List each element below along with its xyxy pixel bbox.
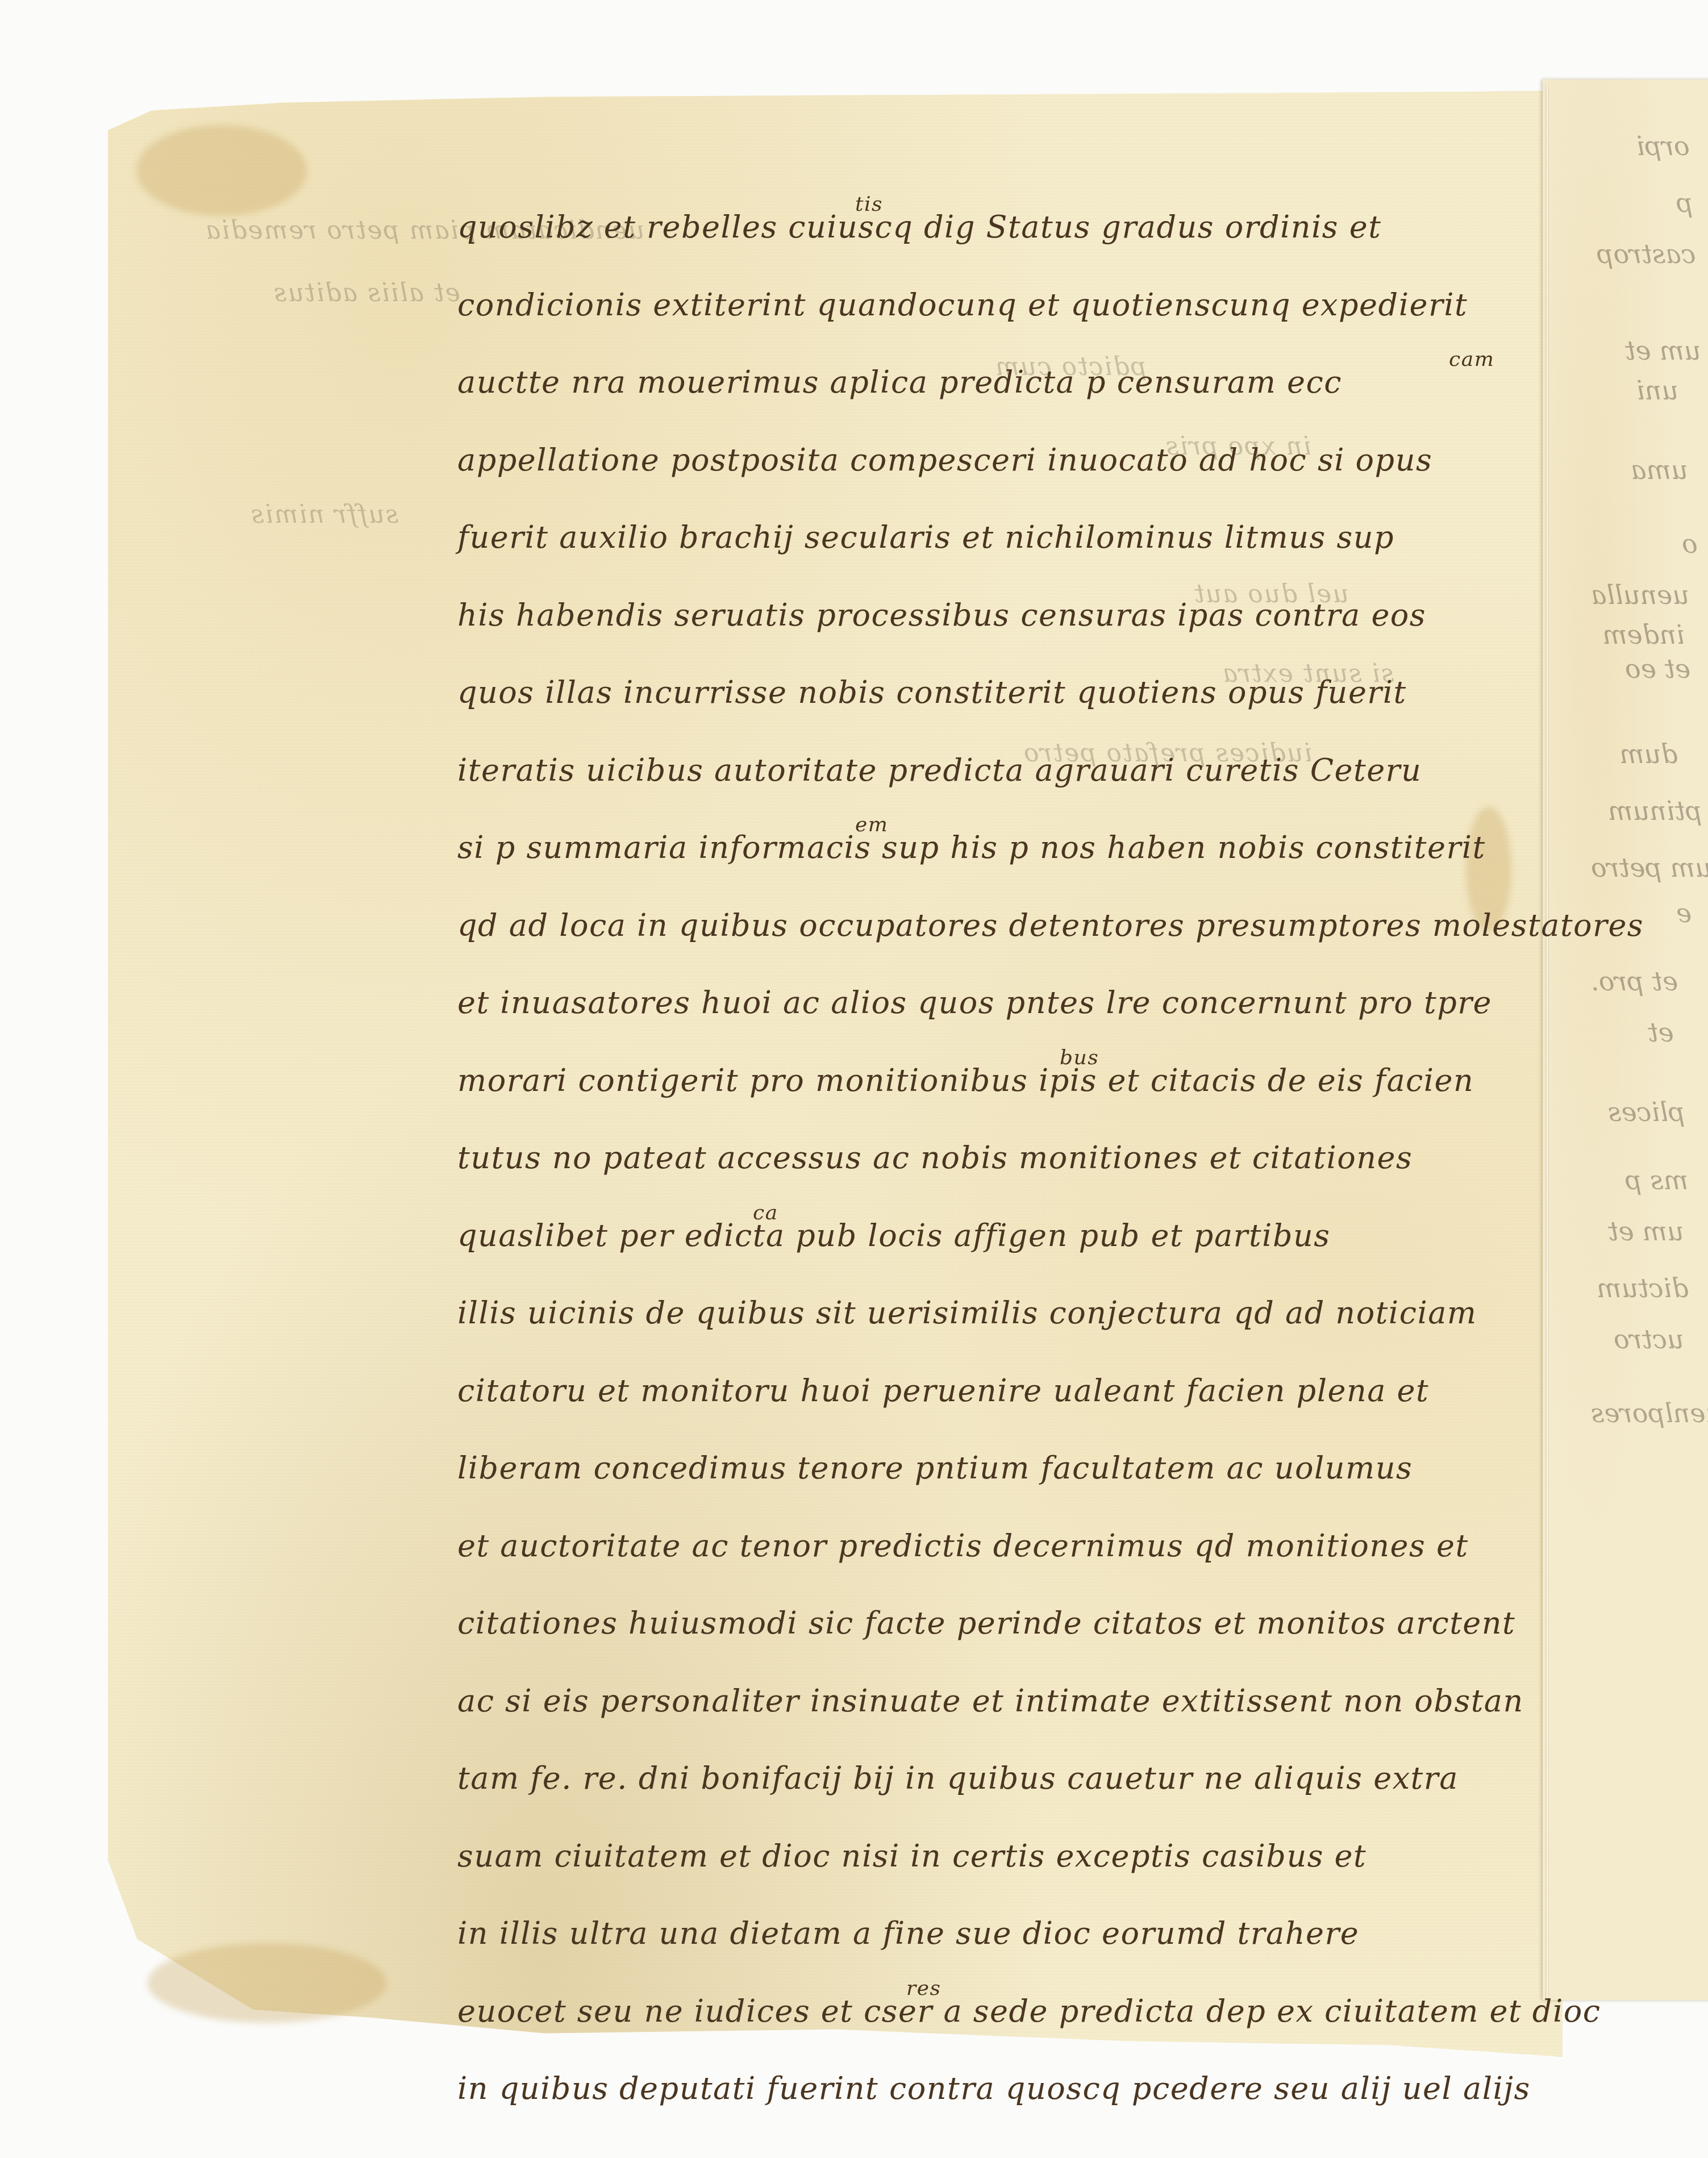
text-line: qd ad loca in quibus occupatores detento… [457,903,1509,981]
bleed-through-text: uenlpores [1591,1398,1708,1428]
text-line: in quibus deputati fuerint contra quoscq… [457,2066,1509,2144]
line-text: si p summaria informacis sup his p nos h… [457,830,1486,865]
bleed-through-text: indem [1602,619,1685,650]
bleed-through-text: e [1676,898,1692,928]
bleed-through-text: dum [1619,739,1678,769]
superscript-abbreviation: ca [753,1190,778,1236]
line-text: auctte nra mouerimus aplica predicta p c… [457,364,1342,400]
text-line: citatoru et monitoru huoi peruenire uale… [457,1368,1509,1446]
bleed-through-text: uctro [1614,1324,1684,1355]
line-text: liberam concedimus tenore pntium faculta… [457,1450,1413,1486]
text-line: citationes huiusmodi sic facte perinde c… [457,1601,1509,1678]
bleed-through-text: p [1676,188,1693,218]
text-line: quos illas incurrisse nobis constiterit … [457,670,1509,748]
text-line: condicionis extiterint quandocunq et quo… [457,282,1509,360]
text-line: his habendis seruatis processibus censur… [457,593,1509,670]
text-line: quoslibz et rebelles cuiuscq dig Status … [457,205,1509,282]
text-line: liberam concedimus tenore pntium faculta… [457,1445,1509,1523]
bleed-through-text: ms p [1625,1165,1688,1195]
line-text: citationes huiusmodi sic facte perinde c… [457,1605,1515,1641]
line-text: condicionis extiterint quandocunq et quo… [457,287,1468,323]
line-text: et inuasatores huoi ac alios quos pntes … [457,985,1492,1020]
text-line: in illis ultra una dietam a fine sue dio… [457,1911,1509,1989]
text-line: et inuasatores huoi ac alios quos pntes … [457,980,1509,1058]
bleed-through-text: orpi [1636,131,1690,161]
text-line: et auctoritate ac tenor predictis decern… [457,1523,1509,1601]
text-line: morari contigerit pro monitionibus ipis … [457,1058,1509,1136]
text-line: iteratis uicibus autoritate predicta agr… [457,748,1509,826]
line-text: qd ad loca in quibus occupatores detento… [457,907,1644,943]
line-text: tutus no pateat accessus ac nobis moniti… [457,1140,1413,1176]
text-line: illis uicinis de quibus sit uerisimilis … [457,1290,1509,1368]
bleed-through-text: um et [1608,1216,1684,1247]
text-line: appellatione postposita compesceri inuoc… [457,438,1509,515]
manuscript-text: quoslibz et rebelles cuiuscq dig Status … [457,205,1509,2144]
bleed-through-text: uni [1636,375,1678,406]
line-text: quoslibz et rebelles cuiuscq dig Status … [457,209,1381,245]
line-text: appellatione postposita compesceri inuoc… [457,442,1432,478]
bleed-through-text: uenulla [1591,580,1689,610]
line-text: quaslibet per edicta pub locis affigen p… [457,1218,1330,1253]
line-text: fuerit auxilio brachij secularis et nich… [457,519,1394,555]
text-line: fuerit auxilio brachij secularis et nich… [457,515,1509,593]
bleed-through-text: castrop [1597,239,1695,269]
superscript-abbreviation: em [855,802,888,848]
superscript-abbreviation: tis [855,182,883,227]
line-text: iteratis uicibus autoritate predicta agr… [457,752,1422,788]
line-text: morari contigerit pro monitionibus ipis … [457,1063,1474,1098]
text-line: auctte nra mouerimus aplica predicta p c… [457,360,1509,438]
text-line: suam ciuitatem et dioc nisi in certis ex… [457,1834,1509,1911]
line-text: in illis ultra una dietam a fine sue dio… [457,1915,1359,1951]
foxing-stain [148,1943,386,2023]
text-line: ac si eis personaliter insinuate et inti… [457,1678,1509,1756]
bleed-through-text: plices [1608,1097,1685,1127]
text-line: quaslibet per edicta pub locis affigen p… [457,1213,1509,1291]
line-text: euocet seu ne iudices et cser a sede pre… [457,1993,1601,2029]
bleed-through-text: et pro. [1591,966,1678,997]
line-text: tam fe. re. dni bonifacij bij in quibus … [457,1760,1459,1796]
bleed-through-text: um et [1625,335,1701,366]
line-text: quos illas incurrisse nobis constiterit … [457,674,1407,710]
text-line: euocet seu ne iudices et cser a sede pre… [457,1989,1509,2067]
bleed-through-text: et [1648,1017,1674,1048]
bleed-through-text: o [1682,528,1698,559]
line-text: citatoru et monitoru huoi peruenire uale… [457,1373,1429,1409]
line-text: illis uicinis de quibus sit uerisimilis … [457,1295,1477,1331]
line-text: et auctoritate ac tenor predictis decern… [457,1528,1469,1564]
gutter-fold [1545,85,1549,2000]
text-line: tam fe. re. dni bonifacij bij in quibus … [457,1756,1509,1834]
bleed-through-text: suffr nimis [250,500,398,529]
bleed-through-text: et eo [1625,653,1690,684]
line-text: ac si eis personaliter insinuate et inti… [457,1683,1524,1719]
adjacent-leaf [1543,80,1708,2000]
text-line: tutus no pateat accessus ac nobis moniti… [457,1135,1509,1213]
line-text: in quibus deputati fuerint contra quoscq… [457,2070,1531,2106]
bleed-through-text: um petro [1591,852,1708,883]
superscript-abbreviation: bus [1060,1035,1099,1081]
bleed-through-text: ptinum [1608,795,1702,826]
line-text: suam ciuitatem et dioc nisi in certis ex… [457,1838,1367,1874]
line-text: his habendis seruatis processibus censur… [457,597,1426,633]
superscript-abbreviation: res [906,1966,942,2011]
foxing-stain [136,125,307,216]
bleed-through-text: uma [1631,455,1688,485]
text-line: si p summaria informacis sup his p nos h… [457,825,1509,903]
bleed-through-text: dictum [1597,1273,1689,1303]
superscript-abbreviation: cam [1449,337,1494,382]
bleed-through-text: et aliis aditus [273,278,460,307]
